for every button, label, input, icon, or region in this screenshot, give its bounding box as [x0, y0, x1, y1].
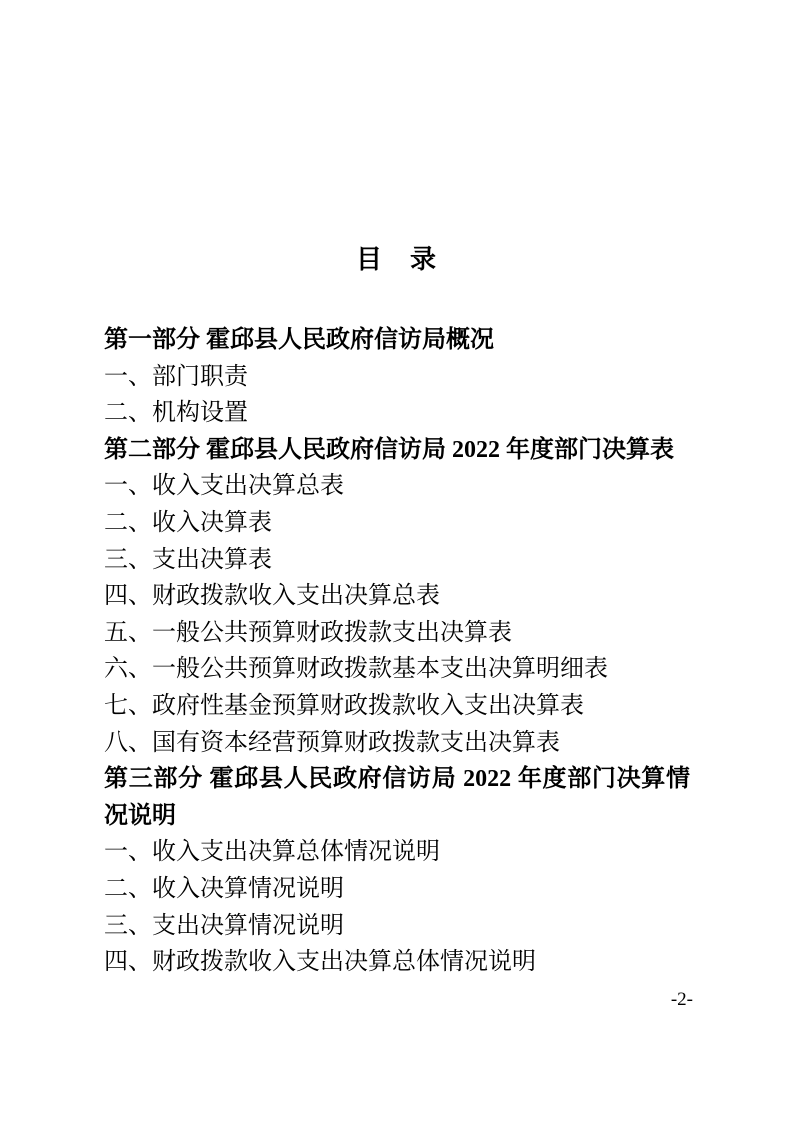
toc-item: 三、支出决算情况说明: [104, 908, 690, 945]
toc-item: 七、政府性基金预算财政拨款收入支出决算表: [104, 688, 690, 725]
section-title: 第一部分 霍邱县人民政府信访局概况: [104, 322, 690, 359]
toc-item: 五、一般公共预算财政拨款支出决算表: [104, 615, 690, 652]
toc-title: 目 录: [0, 243, 793, 277]
toc-item: 四、财政拨款收入支出决算总体情况说明: [104, 944, 690, 981]
toc-item: 一、部门职责: [104, 359, 690, 396]
section-title: 第三部分 霍邱县人民政府信访局 2022 年度部门决算情况说明: [104, 761, 690, 834]
toc-item: 一、收入支出决算总体情况说明: [104, 834, 690, 871]
toc-item: 二、机构设置: [104, 395, 690, 432]
section-title: 第二部分 霍邱县人民政府信访局 2022 年度部门决算表: [104, 432, 690, 469]
document-page: 目 录 第一部分 霍邱县人民政府信访局概况一、部门职责二、机构设置第二部分 霍邱…: [0, 0, 793, 1122]
toc-item: 三、支出决算表: [104, 542, 690, 579]
toc-item: 一、收入支出决算总表: [104, 468, 690, 505]
toc-item: 二、收入决算表: [104, 505, 690, 542]
toc-item: 二、收入决算情况说明: [104, 871, 690, 908]
page-number: -2-: [0, 988, 693, 1012]
toc-item: 四、财政拨款收入支出决算总表: [104, 578, 690, 615]
toc-item: 八、国有资本经营预算财政拨款支出决算表: [104, 725, 690, 762]
toc-list: 第一部分 霍邱县人民政府信访局概况一、部门职责二、机构设置第二部分 霍邱县人民政…: [104, 322, 690, 981]
toc-item: 六、一般公共预算财政拨款基本支出决算明细表: [104, 651, 690, 688]
